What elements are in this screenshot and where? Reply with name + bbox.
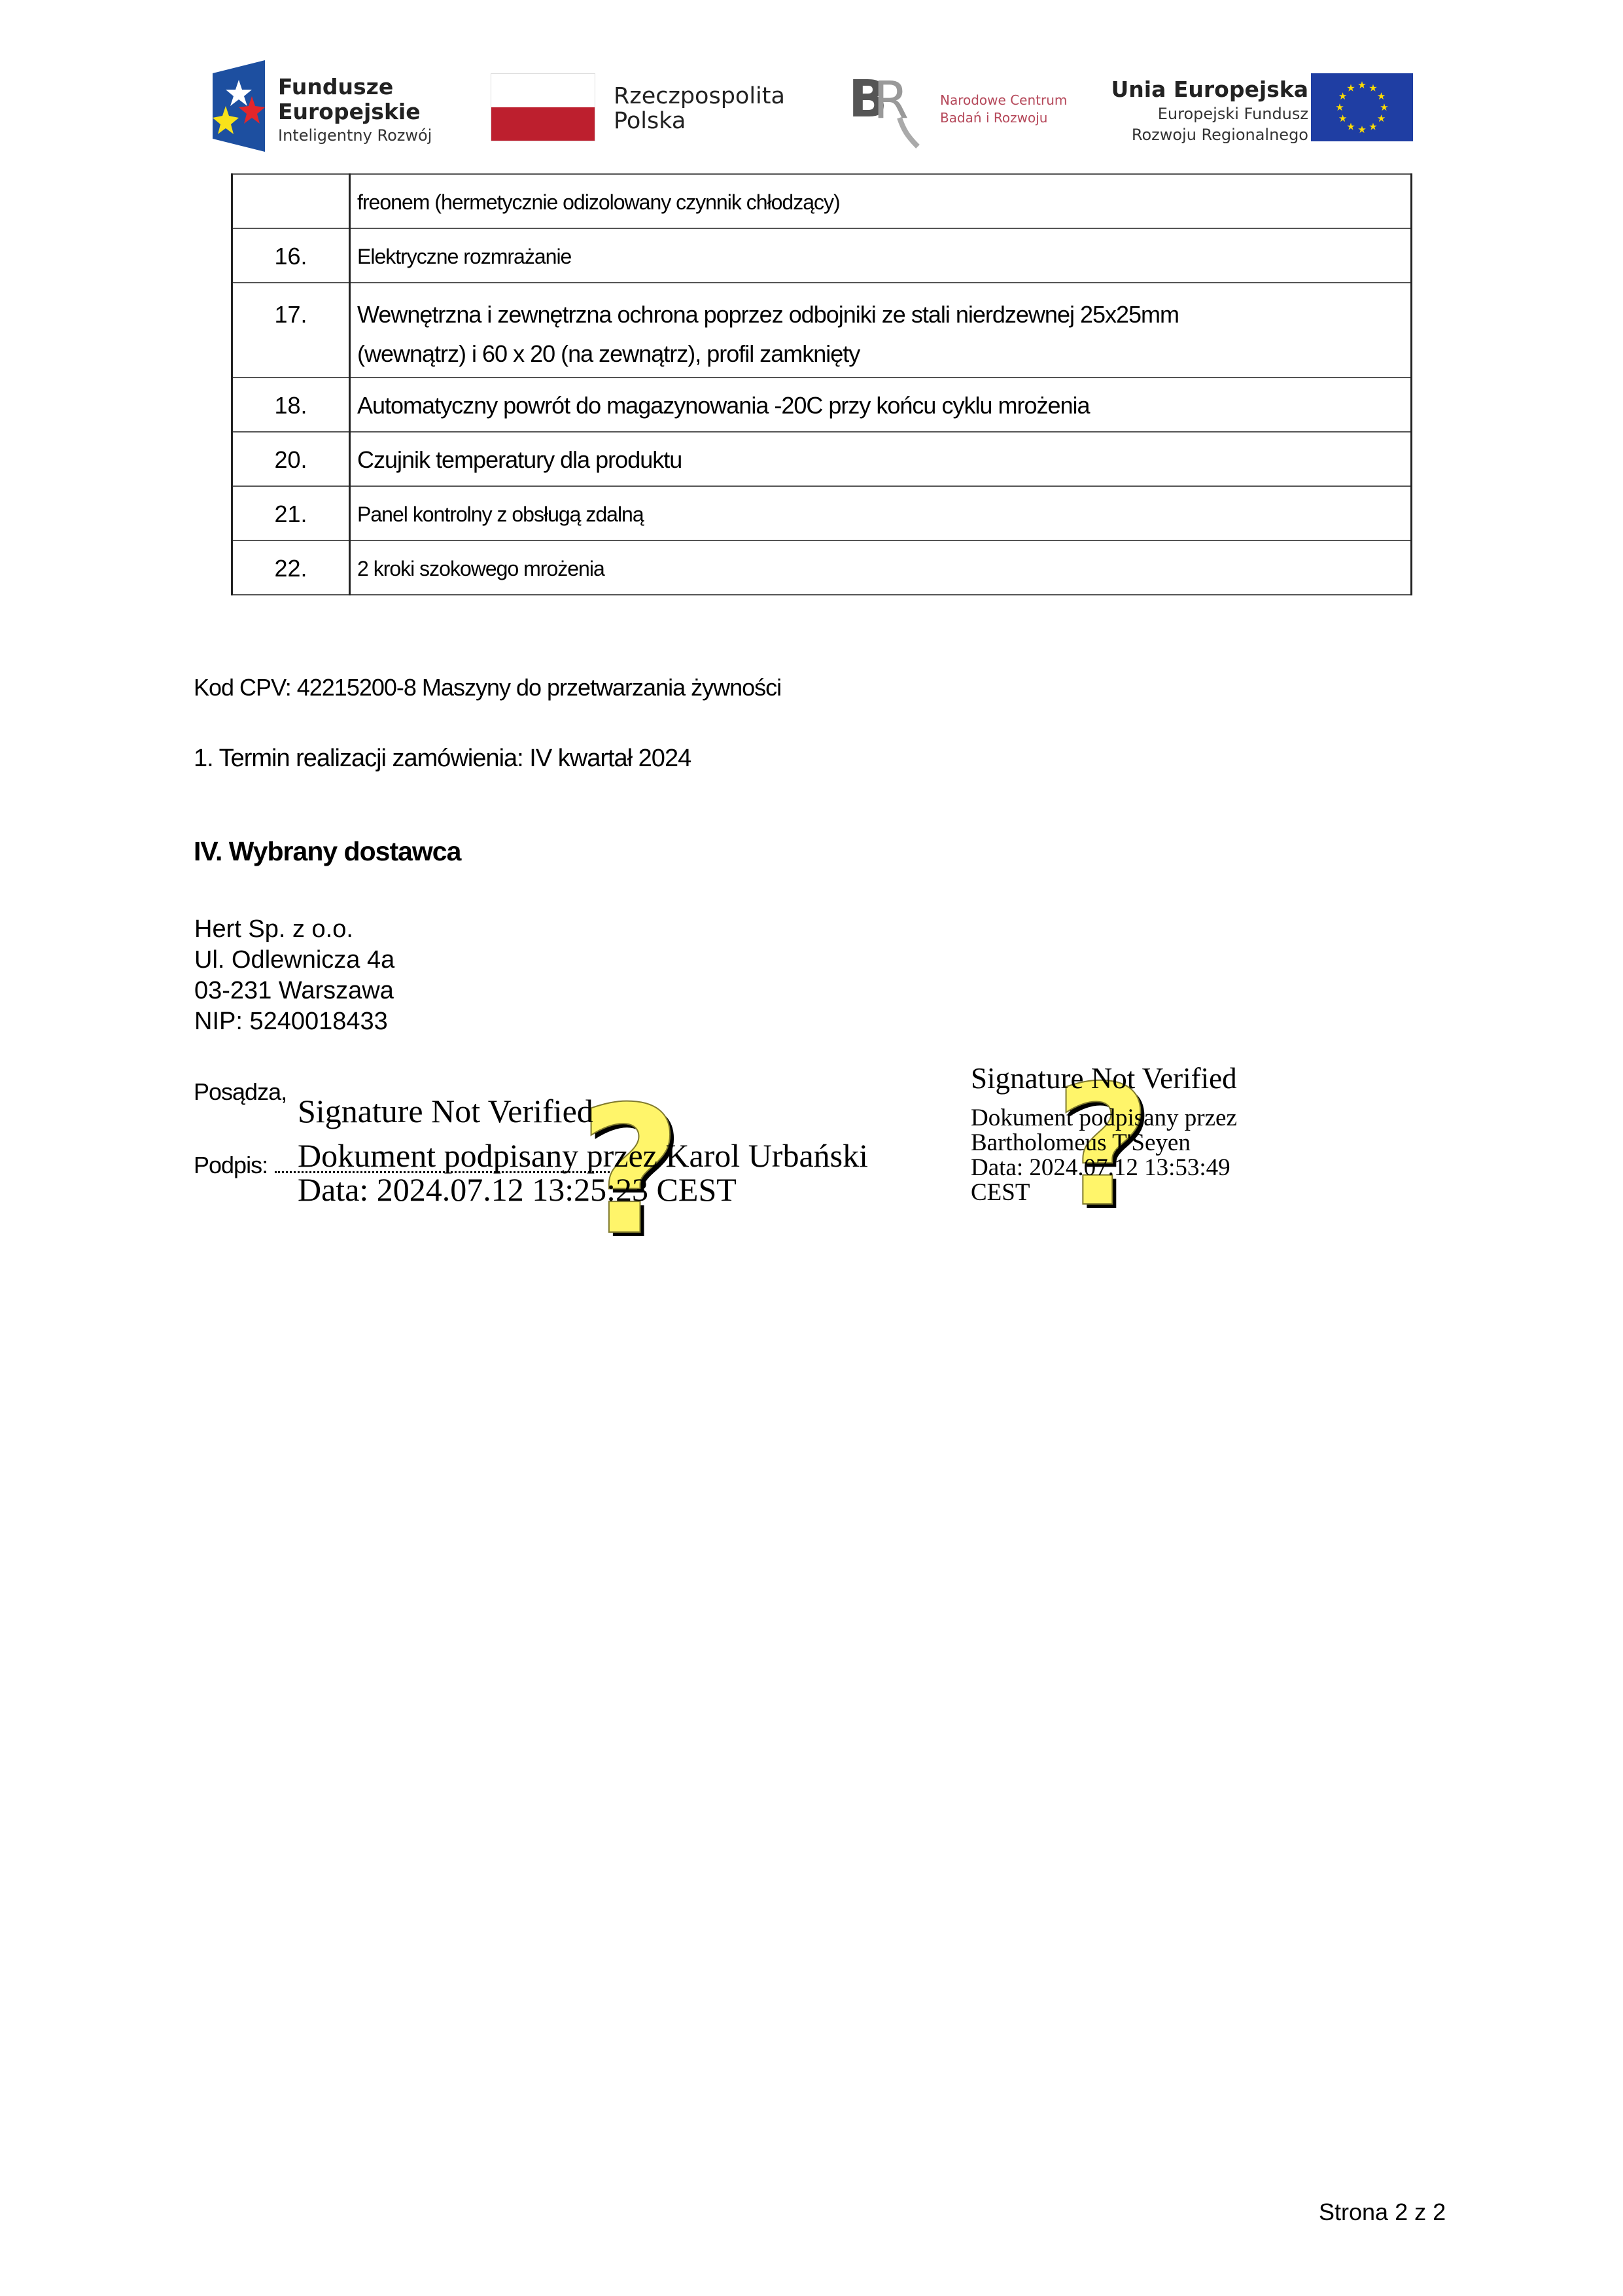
table-row: 21. Panel kontrolny z obsługą zdalną xyxy=(232,486,1412,540)
supplier-city: 03-231 Warszawa xyxy=(194,976,394,1006)
svg-text:★: ★ xyxy=(1377,114,1386,124)
signature-stamp-2[interactable]: Signature Not Verified Dokument podpisan… xyxy=(971,1061,1237,1205)
posadza-label: Posądza, xyxy=(194,1078,287,1106)
logo-rzeczpospolita-polska: Rzeczpospolita Polska xyxy=(491,73,805,145)
row-text: freonem (hermetycznie odizolowany czynni… xyxy=(357,175,1404,218)
ncbr-line1: Narodowe Centrum xyxy=(940,92,1067,109)
row-number: 17. xyxy=(239,283,342,334)
signature-status: Signature Not Verified xyxy=(971,1061,1237,1095)
row-number: 22. xyxy=(239,541,342,584)
supplier-nip: NIP: 5240018433 xyxy=(194,1006,394,1037)
podpis-label: Podpis: xyxy=(194,1152,268,1179)
signature-date: Data: 2024.07.12 13:25:23 CEST xyxy=(298,1173,868,1207)
row-text: Wewnętrzna i zewnętrzna ochrona poprzez … xyxy=(357,295,1404,334)
ncbr-line2: Badań i Rozwoju xyxy=(940,109,1067,127)
supplier-name: Hert Sp. z o.o. xyxy=(194,914,394,945)
row-text: Automatyczny powrót do magazynowania -20… xyxy=(357,378,1404,421)
signature-date: Data: 2024.07.12 13:53:49 xyxy=(971,1156,1237,1180)
cpv-code: Kod CPV: 42215200-8 Maszyny do przetwarz… xyxy=(194,674,781,701)
ncbr-monogram-icon: B R xyxy=(847,71,926,149)
row-number: 16. xyxy=(239,229,342,272)
logo-unia-europejska: Unia Europejska Europejski Fundusz Rozwo… xyxy=(1106,73,1413,149)
row-text: Panel kontrolny z obsługą zdalną xyxy=(357,487,1404,530)
signature-stamp-1[interactable]: Signature Not Verified Dokument podpisan… xyxy=(298,1093,868,1207)
supplier-street: Ul. Odlewnicza 4a xyxy=(194,945,394,976)
logo-ncbr: B R Narodowe Centrum Badań i Rozwoju xyxy=(847,71,1076,149)
svg-text:★: ★ xyxy=(1346,122,1355,132)
svg-text:★: ★ xyxy=(1369,122,1377,132)
svg-text:★: ★ xyxy=(1380,103,1388,113)
page-number: Strona 2 z 2 xyxy=(1319,2199,1446,2226)
signature-status: Signature Not Verified xyxy=(298,1093,868,1129)
fundusze-line1: Fundusze xyxy=(278,75,432,99)
row-number: 21. xyxy=(239,487,342,530)
svg-text:★: ★ xyxy=(1377,92,1386,102)
svg-text:★: ★ xyxy=(1357,80,1366,91)
row-number xyxy=(239,175,342,186)
eu-flag-icon: ★★★★★★★★★★★★ xyxy=(1311,73,1413,141)
svg-text:★: ★ xyxy=(1338,92,1347,102)
svg-text:★: ★ xyxy=(1369,84,1377,94)
rp-line2: Polska xyxy=(614,109,785,133)
rp-line1: Rzeczpospolita xyxy=(614,84,785,109)
table-row: freonem (hermetycznie odizolowany czynni… xyxy=(232,174,1412,228)
ue-line2: Europejski Fundusz xyxy=(1111,103,1308,124)
ue-line3: Rozwoju Regionalnego xyxy=(1111,124,1308,145)
row-number: 18. xyxy=(239,378,342,421)
row-text: Elektryczne rozmrażanie xyxy=(357,229,1404,272)
signature-signer-line1: Dokument podpisany przez xyxy=(971,1106,1237,1131)
row-text: 2 kroki szokowego mrożenia xyxy=(357,541,1404,584)
supplier-address: Hert Sp. z o.o. Ul. Odlewnicza 4a 03-231… xyxy=(194,914,394,1037)
signature-timezone: CEST xyxy=(971,1180,1237,1205)
svg-text:★: ★ xyxy=(1357,125,1366,135)
ue-line1: Unia Europejska xyxy=(1111,76,1308,103)
signature-signer-line2: Bartholomeus T'Seyen xyxy=(971,1131,1237,1156)
table-row: 22. 2 kroki szokowego mrożenia xyxy=(232,540,1412,595)
fundusze-stars-icon xyxy=(213,60,265,152)
delivery-term: 1. Termin realizacji zamówienia: IV kwar… xyxy=(194,745,691,773)
row-text-cont: (wewnątrz) i 60 x 20 (na zewnątrz), prof… xyxy=(357,334,1404,374)
fundusze-line3: Inteligentny Rozwój xyxy=(278,124,432,147)
signature-signer: Dokument podpisany przez Karol Urbański xyxy=(298,1139,868,1173)
section-heading-supplier: IV. Wybrany dostawca xyxy=(194,836,461,867)
polish-flag-icon xyxy=(491,73,595,141)
table-row: 18. Automatyczny powrót do magazynowania… xyxy=(232,378,1412,432)
table-row: 17. Wewnętrzna i zewnętrzna ochrona popr… xyxy=(232,283,1412,378)
svg-text:★: ★ xyxy=(1346,84,1355,94)
table-row: 16. Elektryczne rozmrażanie xyxy=(232,228,1412,283)
svg-text:★: ★ xyxy=(1335,103,1344,113)
spec-table: freonem (hermetycznie odizolowany czynni… xyxy=(231,173,1412,595)
fundusze-line2: Europejskie xyxy=(278,99,432,124)
row-text: Czujnik temperatury dla produktu xyxy=(357,433,1404,476)
svg-text:★: ★ xyxy=(1338,114,1347,124)
logo-fundusze-europejskie: Fundusze Europejskie Inteligentny Rozwój xyxy=(213,60,435,152)
row-number: 20. xyxy=(239,433,342,476)
table-row: 20. Czujnik temperatury dla produktu xyxy=(232,432,1412,486)
